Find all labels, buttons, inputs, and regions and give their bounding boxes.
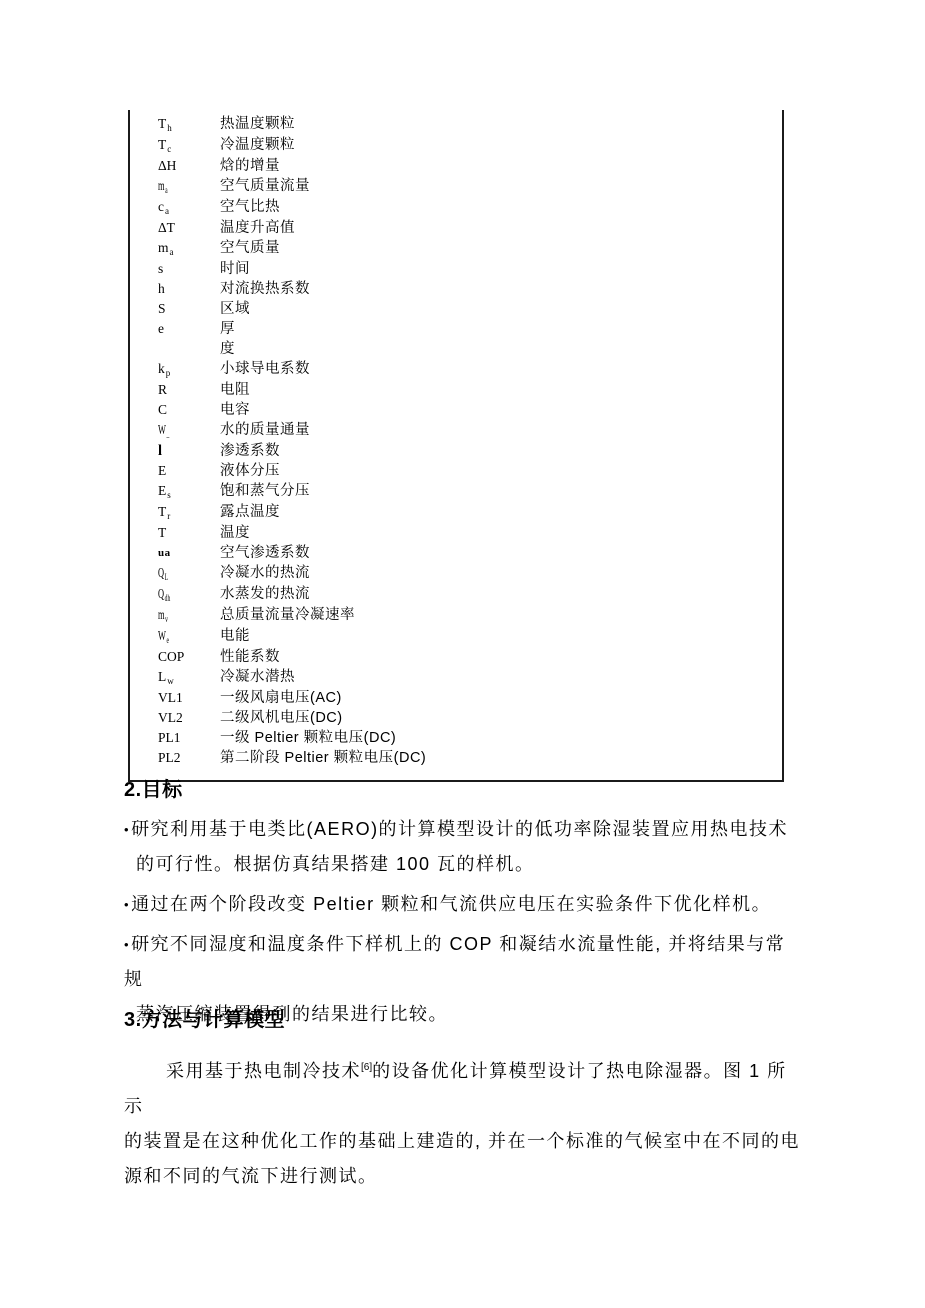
symbol-description: 露点温度 — [220, 502, 280, 522]
symbol-description: 一级 Peltier 颗粒电压(DC) — [220, 728, 396, 748]
symbol-description: 第二阶段 Peltier 颗粒电压(DC) — [220, 748, 426, 768]
objective-item: •研究利用基于电类比(AERO)的计算模型设计的低功率除湿装置应用热电技术 的可… — [124, 812, 800, 882]
nomenclature-row: ma空气质量 — [130, 238, 782, 259]
methods-paragraph: 采用基于热电制冷技术[6]的设备优化计算模型设计了热电除湿器。图 1 所示 的装… — [124, 1050, 800, 1194]
nomenclature-row: Es饱和蒸气分压 — [130, 481, 782, 502]
methods-line: 采用基于热电制冷技术[6]的设备优化计算模型设计了热电除湿器。图 1 所示 — [124, 1050, 800, 1124]
objective-text: 研究利用基于电类比(AERO)的计算模型设计的低功率除湿装置应用热电技术 — [131, 819, 788, 839]
symbol-description: 冷温度颗粒 — [220, 135, 295, 155]
symbol: T — [158, 523, 220, 543]
symbol: W_ — [158, 420, 196, 441]
symbol-description: 空气渗透系数 — [220, 543, 310, 563]
symbol: ΔH — [158, 156, 220, 176]
symbol-description: 温度升高值 — [220, 218, 295, 238]
symbol-description: 空气质量流量 — [220, 176, 310, 196]
nomenclature-row: C电容 — [130, 400, 782, 420]
objective-line: •通过在两个阶段改变 Peltier 颗粒和气流供应电压在实验条件下优化样机。 — [124, 887, 800, 922]
symbol: VL1 — [158, 688, 220, 708]
objective-line: •研究利用基于电类比(AERO)的计算模型设计的低功率除湿装置应用热电技术 — [124, 812, 800, 847]
symbol-description: 水的质量通量 — [220, 420, 310, 440]
symbol: S — [158, 299, 220, 319]
methods-heading: 3.方法与计算模型 — [124, 1000, 800, 1040]
nomenclature-row: Tc冷温度颗粒 — [130, 135, 782, 156]
section-objectives: 2.目标 •研究利用基于电类比(AERO)的计算模型设计的低功率除湿装置应用热电… — [124, 770, 800, 1037]
nomenclature-row: Tr露点温度 — [130, 502, 782, 523]
nomenclature-row: e厚度 — [130, 319, 782, 359]
nomenclature-row: h对流换热系数 — [130, 279, 782, 299]
document-page: Th热温度颗粒Tc冷温度颗粒ΔH焓的增量ma空气质量流量ca空气比热ΔT温度升高… — [0, 0, 925, 1308]
nomenclature-row: W_水的质量通量 — [130, 420, 782, 441]
bullet-marker: • — [124, 822, 130, 837]
nomenclature-row: l渗透系数 — [130, 441, 782, 461]
symbol-description: 水蒸发的热流 — [220, 584, 310, 604]
bullet-marker: • — [124, 937, 130, 952]
symbol-description: 电能 — [220, 626, 250, 646]
symbol-description: 一级风扇电压(AC) — [220, 688, 342, 708]
symbol: R — [158, 380, 220, 400]
symbol-description: 总质量流量冷凝速率 — [220, 605, 355, 625]
objectives-list: •研究利用基于电类比(AERO)的计算模型设计的低功率除湿装置应用热电技术 的可… — [124, 812, 800, 1032]
symbol-description: 电容 — [220, 400, 250, 420]
nomenclature-row: Lw冷凝水潜热 — [130, 667, 782, 688]
nomenclature-row: S区域 — [130, 299, 782, 319]
symbol: PL2 — [158, 748, 220, 768]
nomenclature-row: ca空气比热 — [130, 197, 782, 218]
symbol-description: 液体分压 — [220, 461, 280, 481]
nomenclature-table: Th热温度颗粒Tc冷温度颗粒ΔH焓的增量ma空气质量流量ca空气比热ΔT温度升高… — [128, 110, 784, 782]
symbol: Lw — [158, 667, 220, 688]
symbol-description: 焓的增量 — [220, 156, 280, 176]
methods-line: 源和不同的气流下进行测试。 — [124, 1159, 800, 1194]
symbol: ca — [158, 197, 220, 218]
symbol: Tr — [158, 502, 220, 523]
nomenclature-row: COP性能系数 — [130, 647, 782, 667]
nomenclature-row: Th热温度颗粒 — [130, 114, 782, 135]
symbol-description: 对流换热系数 — [220, 279, 310, 299]
symbol-description: 冷凝水的热流 — [220, 563, 310, 583]
symbol: COP — [158, 647, 220, 667]
symbol: ua — [158, 543, 220, 563]
nomenclature-row: Qdh水蒸发的热流 — [130, 584, 782, 605]
symbol-description: 饱和蒸气分压 — [220, 481, 310, 501]
nomenclature-row: ΔT温度升高值 — [130, 218, 782, 238]
nomenclature-row: PL2第二阶段 Peltier 颗粒电压(DC) — [130, 748, 782, 768]
symbol-description: 空气比热 — [220, 197, 280, 217]
symbol: We — [158, 626, 196, 647]
symbol-description: 冷凝水潜热 — [220, 667, 295, 687]
symbol: PL1 — [158, 728, 220, 748]
symbol: Th — [158, 114, 220, 135]
nomenclature-row: s时间 — [130, 259, 782, 279]
symbol: ΔT — [158, 218, 220, 238]
nomenclature-row: We电能 — [130, 626, 782, 647]
nomenclature-row: QL冷凝水的热流 — [130, 563, 782, 584]
symbol-description: 电阻 — [220, 380, 250, 400]
symbol: h — [158, 279, 220, 299]
symbol-description: 热温度颗粒 — [220, 114, 295, 134]
objectives-heading: 2.目标 — [124, 770, 800, 810]
symbol: C — [158, 400, 220, 420]
symbol: Es — [158, 481, 220, 502]
symbol: mv — [158, 605, 196, 626]
symbol: QL — [158, 563, 196, 584]
symbol: Tc — [158, 135, 220, 156]
symbol-description: 区域 — [220, 299, 250, 319]
nomenclature-row: E液体分压 — [130, 461, 782, 481]
methods-line: 的装置是在这种优化工作的基础上建造的, 并在一个标准的气候室中在不同的电 — [124, 1124, 800, 1159]
symbol-description: 小球导电系数 — [220, 359, 310, 379]
nomenclature-row: PL1一级 Peltier 颗粒电压(DC) — [130, 728, 782, 748]
symbol: ma — [158, 176, 196, 197]
nomenclature-row: ua空气渗透系数 — [130, 543, 782, 563]
section-methods: 3.方法与计算模型 采用基于热电制冷技术[6]的设备优化计算模型设计了热电除湿器… — [124, 1000, 800, 1194]
objective-line: •研究不同湿度和温度条件下样机上的 COP 和凝结水流量性能, 并将结果与常规 — [124, 927, 800, 997]
symbol-description: 空气质量 — [220, 238, 280, 258]
symbol-description: 渗透系数 — [220, 441, 280, 461]
nomenclature-row: VL1一级风扇电压(AC) — [130, 688, 782, 708]
symbol-description: 时间 — [220, 259, 250, 279]
symbol: l — [158, 441, 220, 461]
objective-text: 研究不同湿度和温度条件下样机上的 COP 和凝结水流量性能, 并将结果与常规 — [124, 934, 785, 989]
objective-item: •通过在两个阶段改变 Peltier 颗粒和气流供应电压在实验条件下优化样机。 — [124, 887, 800, 922]
symbol: Qdh — [158, 584, 196, 605]
symbol: ma — [158, 238, 220, 259]
nomenclature-row: VL2二级风机电压(DC) — [130, 708, 782, 728]
nomenclature-row: ΔH焓的增量 — [130, 156, 782, 176]
nomenclature-row: kp小球导电系数 — [130, 359, 782, 380]
nomenclature-rows: Th热温度颗粒Tc冷温度颗粒ΔH焓的增量ma空气质量流量ca空气比热ΔT温度升高… — [130, 114, 782, 768]
methods-text: 采用基于热电制冷技术 — [166, 1061, 361, 1081]
objective-line: 的可行性。根据仿真结果搭建 100 瓦的样机。 — [124, 847, 800, 882]
symbol: e — [158, 319, 220, 339]
symbol-description: 温度 — [220, 523, 250, 543]
symbol: VL2 — [158, 708, 220, 728]
symbol-description: 性能系数 — [220, 647, 280, 667]
symbol: s — [158, 259, 220, 279]
objective-text: 通过在两个阶段改变 Peltier 颗粒和气流供应电压在实验条件下优化样机。 — [131, 894, 771, 914]
symbol-description: 厚度 — [220, 319, 235, 359]
nomenclature-row: T温度 — [130, 523, 782, 543]
nomenclature-row: mv总质量流量冷凝速率 — [130, 605, 782, 626]
nomenclature-row: ma空气质量流量 — [130, 176, 782, 197]
nomenclature-row: R电阻 — [130, 380, 782, 400]
bullet-marker: • — [124, 897, 130, 912]
symbol: E — [158, 461, 220, 481]
symbol: kp — [158, 359, 220, 380]
reference-superscript: [6] — [361, 1062, 372, 1073]
symbol-description: 二级风机电压(DC) — [220, 708, 343, 728]
